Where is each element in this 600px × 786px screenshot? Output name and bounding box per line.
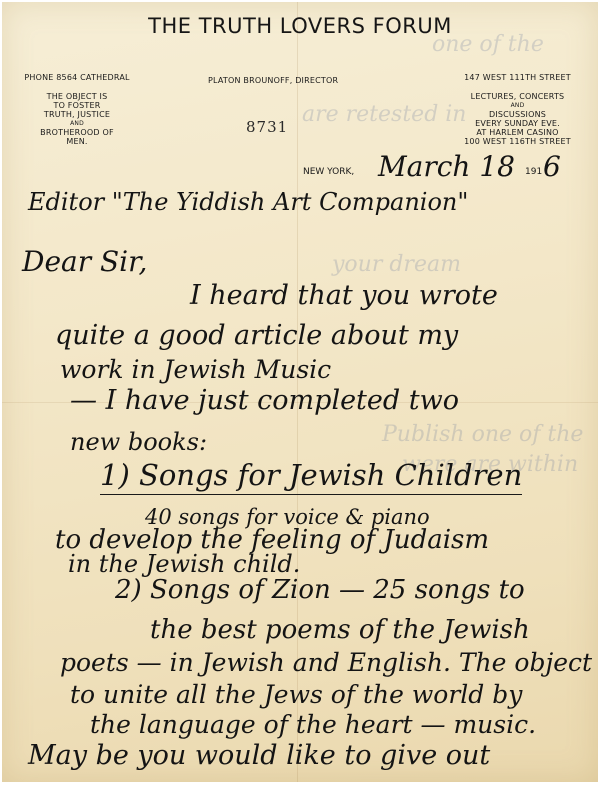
object-line: AND <box>22 119 132 128</box>
letter-line: quite a good article about my <box>55 320 458 351</box>
book-title-1-text: 1) Songs for Jewish Children <box>100 458 522 495</box>
letter-line: May be you would like to give out <box>28 740 490 771</box>
letter-line: I heard that you wrote <box>190 280 498 311</box>
letterhead-left-column: PHONE 8564 CATHEDRAL THE OBJECT IS TO FO… <box>22 73 132 146</box>
director-line: PLATON BROUNOFF, DIRECTOR <box>208 76 338 85</box>
addressee: Editor "The Yiddish Art Companion" <box>28 188 468 216</box>
events-statement: LECTURES, CONCERTS AND DISCUSSIONS EVERY… <box>450 92 585 146</box>
object-line: TRUTH, JUSTICE <box>22 110 132 119</box>
letter-line: new books: <box>70 428 207 456</box>
events-line: LECTURES, CONCERTS <box>450 92 585 101</box>
object-line: BROTHEROOD OF <box>22 128 132 137</box>
phone-number: PHONE 8564 CATHEDRAL <box>24 73 129 82</box>
letter-line: — I have just completed two <box>70 385 459 416</box>
object-statement: THE OBJECT IS TO FOSTER TRUTH, JUSTICE A… <box>22 92 132 146</box>
letterhead-title: THE TRUTH LOVERS FORUM <box>0 14 600 38</box>
object-line: THE OBJECT IS <box>22 92 132 101</box>
letter-line: the language of the heart — music. <box>90 710 536 739</box>
letter-line: in the Jewish child. <box>68 550 300 578</box>
events-line: AND <box>450 101 585 110</box>
salutation: Dear Sir, <box>22 245 147 278</box>
letter-line: work in Jewish Music <box>60 355 331 384</box>
events-line: EVERY SUNDAY EVE. <box>450 119 585 128</box>
book-title-2: 2) Songs of Zion — 25 songs to <box>115 575 525 605</box>
events-line: 100 WEST 116TH STREET <box>450 137 585 146</box>
book-title-1: 1) Songs for Jewish Children <box>100 458 522 492</box>
object-line: MEN. <box>22 137 132 146</box>
letter-line: to unite all the Jews of the world by <box>70 680 522 709</box>
letter-line: poets — in Jewish and English. The objec… <box>60 648 592 677</box>
stamp-number: 8731 <box>246 118 288 136</box>
place-label: NEW YORK, <box>303 167 354 177</box>
events-line: AT HARLEM CASINO <box>450 128 585 137</box>
handwritten-date: March 18 <box>378 150 515 183</box>
year-digit: 6 <box>543 150 561 183</box>
object-line: TO FOSTER <box>22 101 132 110</box>
events-line: DISCUSSIONS <box>450 110 585 119</box>
bleed-through-text: are retested in <box>302 102 466 127</box>
year-prefix: 191 <box>525 167 542 177</box>
street-address: 147 WEST 111TH STREET <box>464 73 571 82</box>
letter-line: the best poems of the Jewish <box>150 615 530 645</box>
letterhead-right-column: 147 WEST 111TH STREET LECTURES, CONCERTS… <box>450 73 585 146</box>
bleed-through-text: your dream <box>332 252 461 277</box>
addressee-text: Editor "The Yiddish Art Companion" <box>28 188 468 216</box>
bleed-through-text: Publish one of the <box>382 422 583 447</box>
